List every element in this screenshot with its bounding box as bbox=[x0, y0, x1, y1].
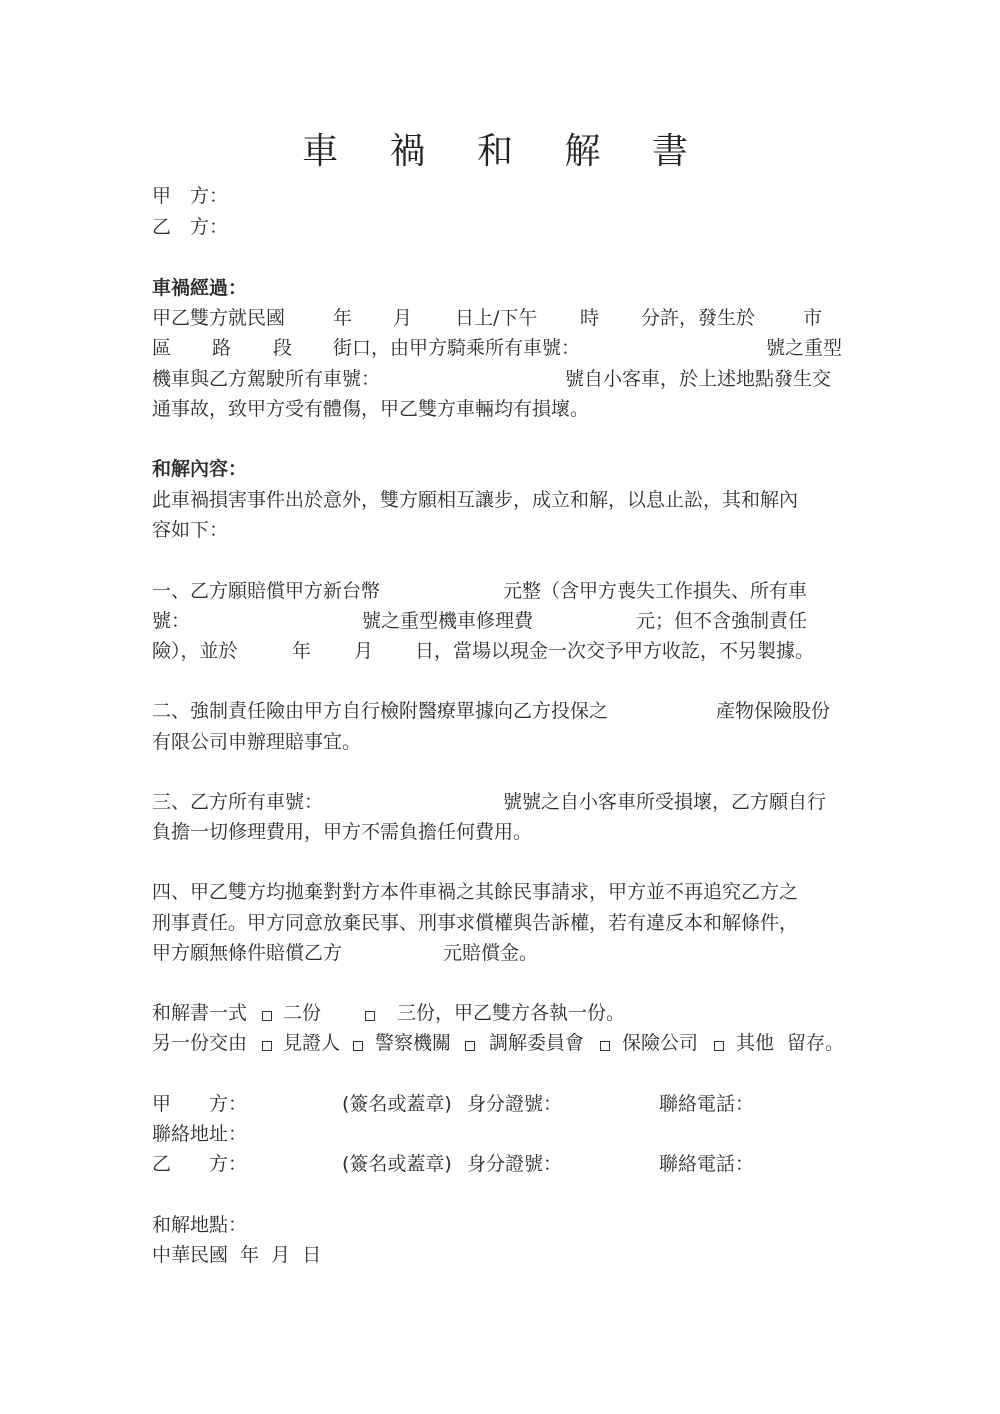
holder-police: 警察機關 bbox=[375, 1030, 451, 1056]
three-copies-label: 三份，甲乙雙方各執一份。 bbox=[397, 1000, 625, 1026]
checkbox-mediation[interactable] bbox=[461, 1037, 479, 1056]
two-copies-label: 二份 bbox=[283, 1000, 321, 1026]
clause-1-text: 日，當場以現金一次交予甲方收訖，不另製據。 bbox=[415, 638, 814, 664]
checkbox-insurance[interactable] bbox=[596, 1037, 614, 1056]
date-line: 中華民國 年 月 日 bbox=[152, 1242, 321, 1268]
holder-other: 其他 bbox=[736, 1030, 774, 1056]
copies-suffix: 留存。 bbox=[787, 1030, 844, 1056]
minute-label: 分許，發生於 bbox=[641, 305, 755, 331]
clause-1-text: 元整（含甲方喪失工作損失、所有車 bbox=[503, 578, 807, 604]
clause-2-text: 二、強制責任險由甲方自行檢附醫療單據向乙方投保之 bbox=[152, 698, 608, 724]
car-text: 號自小客車，於上述地點發生交 bbox=[565, 366, 831, 392]
sign-hint: (簽名或蓋章) bbox=[342, 1151, 452, 1177]
id-label: 身分證號： bbox=[467, 1151, 562, 1177]
party-b-label: 乙 方： bbox=[152, 214, 228, 240]
accident-text: 甲乙雙方就民國 bbox=[152, 305, 285, 331]
party-b-sign-label: 乙 方： bbox=[152, 1151, 247, 1177]
day-ampm-label: 日上/下午 bbox=[455, 305, 537, 331]
clause-3-text: 負擔一切修理費用，甲方不需負擔任何費用。 bbox=[152, 819, 532, 845]
party-a-sign-label: 甲 方： bbox=[152, 1091, 247, 1117]
clause-3-text: 號號之自小客車所受損壞，乙方願自行 bbox=[503, 789, 826, 815]
copies-prefix: 和解書一式 bbox=[152, 1000, 247, 1026]
sign-hint: (簽名或蓋章) bbox=[342, 1091, 452, 1117]
heavy-motorcycle-label: 號之重型 bbox=[766, 335, 842, 361]
page-title: 車 禍 和 解 書 bbox=[0, 128, 1000, 176]
clause-4-text: 甲方願無條件賠償乙方 bbox=[152, 940, 342, 966]
year-label: 年 bbox=[292, 638, 311, 664]
clause-4-text: 刑事責任。甲方同意放棄民事、刑事求償權與告訴權，若有違反本和解條件， bbox=[152, 910, 798, 936]
location-label: 和解地點： bbox=[152, 1212, 247, 1238]
document-page: 車 禍 和 解 書 甲 方： 乙 方： 車禍經過： 甲乙雙方就民國 年 月 日上… bbox=[0, 0, 1000, 1414]
settlement-line-2: 容如下： bbox=[152, 517, 228, 543]
clause-1-text: 險），並於 bbox=[152, 638, 238, 664]
year-label: 年 bbox=[333, 305, 352, 331]
checkbox-witness[interactable] bbox=[258, 1037, 276, 1056]
clause-4-text: 元賠償金。 bbox=[443, 940, 538, 966]
settlement-line-1: 此車禍損害事件出於意外，雙方願相互讓步，成立和解，以息止訟，其和解內 bbox=[152, 487, 798, 513]
checkbox-three-copies[interactable] bbox=[361, 1007, 379, 1026]
party-a-label: 甲 方： bbox=[152, 183, 228, 209]
city-label: 市 bbox=[803, 305, 822, 331]
section-label: 段 bbox=[273, 335, 292, 361]
holder-mediation: 調解委員會 bbox=[489, 1030, 584, 1056]
checkbox-two-copies[interactable] bbox=[258, 1007, 276, 1026]
copies-line2-prefix: 另一份交由 bbox=[152, 1030, 247, 1056]
clause-1-text: 號： bbox=[152, 608, 190, 634]
hour-label: 時 bbox=[580, 305, 599, 331]
holder-witness: 見證人 bbox=[283, 1030, 340, 1056]
clause-2-text: 產物保險股份 bbox=[716, 698, 830, 724]
accident-heading: 車禍經過： bbox=[152, 275, 247, 301]
month-label: 月 bbox=[354, 638, 373, 664]
clause-1-text: 一、乙方願賠償甲方新台幣 bbox=[152, 578, 380, 604]
road-label: 路 bbox=[212, 335, 231, 361]
phone-label: 聯絡電話： bbox=[659, 1151, 754, 1177]
month-label: 月 bbox=[393, 305, 412, 331]
checkbox-other[interactable] bbox=[710, 1037, 728, 1056]
clause-1-text: 元；但不含強制責任 bbox=[636, 608, 807, 634]
phone-label: 聯絡電話： bbox=[659, 1091, 754, 1117]
district-label: 區 bbox=[152, 335, 171, 361]
checkbox-police[interactable] bbox=[349, 1037, 367, 1056]
clause-4-text: 四、甲乙雙方均拋棄對對方本件車禍之其餘民事請求，甲方並不再追究乙方之 bbox=[152, 879, 798, 905]
address-label: 聯絡地址： bbox=[152, 1121, 247, 1147]
clause-3-text: 三、乙方所有車號： bbox=[152, 789, 323, 815]
street-label: 街口，由甲方騎乘所有車號： bbox=[333, 335, 580, 361]
holder-insurance: 保險公司 bbox=[622, 1030, 698, 1056]
settlement-heading: 和解內容： bbox=[152, 456, 247, 482]
clause-1-text: 號之重型機車修理費 bbox=[362, 608, 533, 634]
accident-line-4: 通事故，致甲方受有體傷，甲乙雙方車輛均有損壞。 bbox=[152, 396, 589, 422]
id-label: 身分證號： bbox=[467, 1091, 562, 1117]
car-plate-label: 機車與乙方駕駛所有車號： bbox=[152, 366, 380, 392]
clause-2-text: 有限公司申辦理賠事宜。 bbox=[152, 729, 361, 755]
